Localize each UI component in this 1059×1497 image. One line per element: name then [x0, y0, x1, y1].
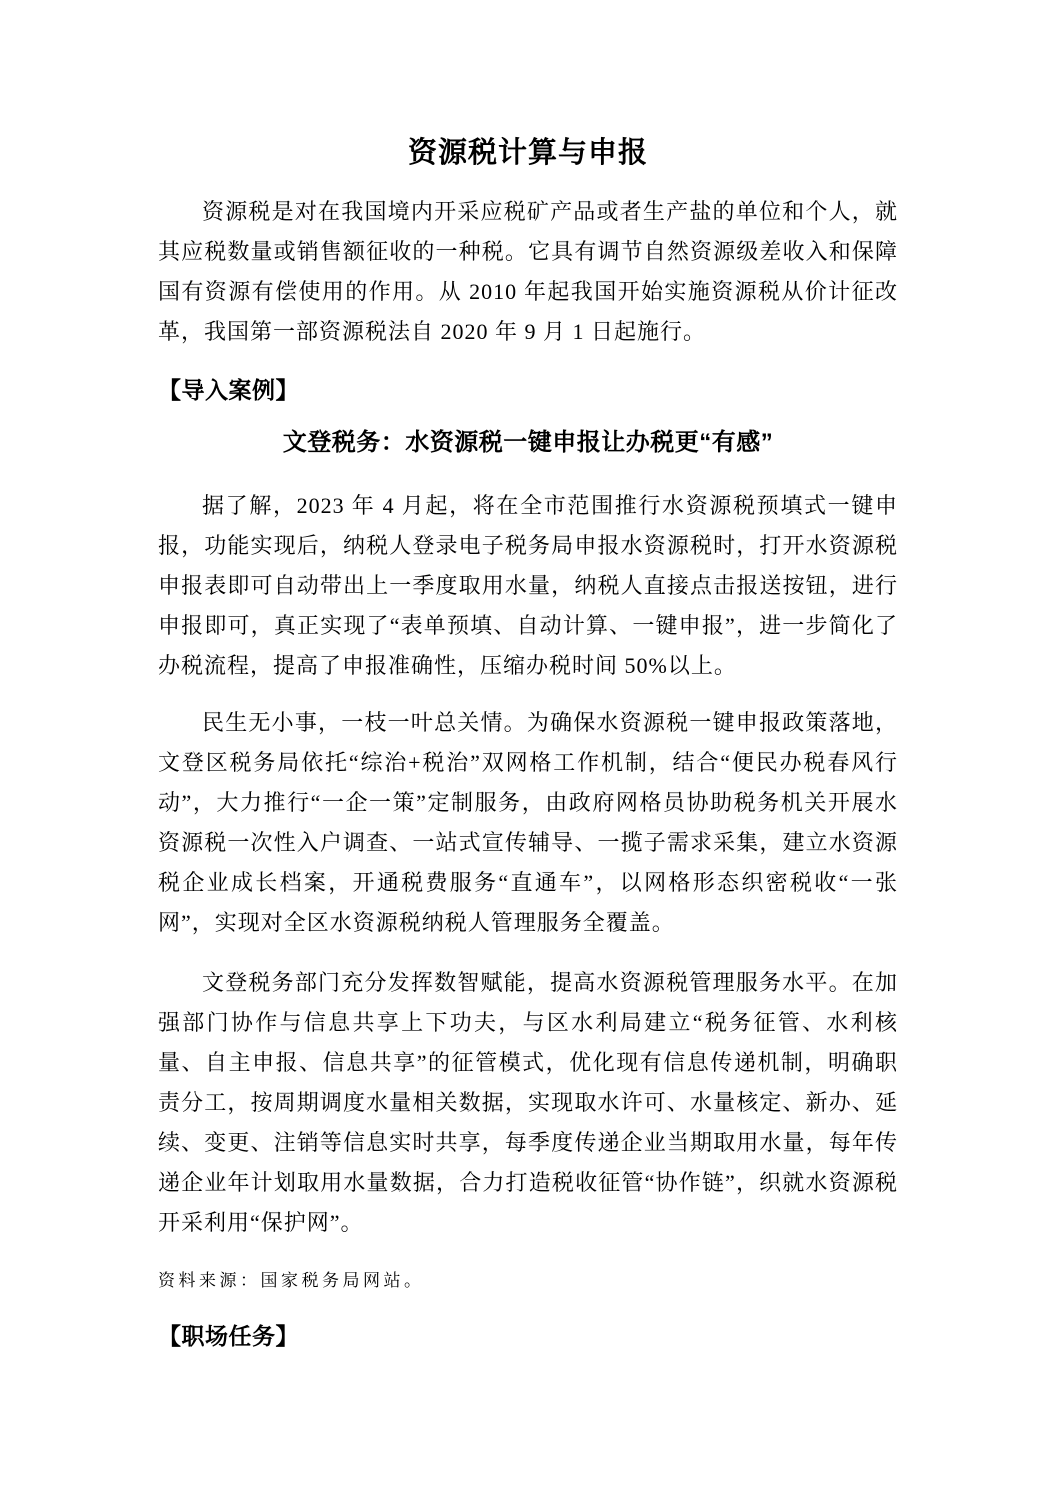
case-paragraph-1: 据了解，2023 年 4 月起，将在全市范围推行水资源税预填式一键申报，功能实现…	[158, 486, 898, 686]
case-article-title: 文登税务：水资源税一键申报让办税更“有感”	[158, 423, 898, 463]
document-page: 资源税计算与申报 资源税是对在我国境内开采应税矿产品或者生产盐的单位和个人，就其…	[0, 0, 1059, 1497]
source-note: 资料来源：国家税务局网站。	[158, 1269, 898, 1293]
case-paragraph-3: 文登税务部门充分发挥数智赋能，提高水资源税管理服务水平。在加强部门协作与信息共享…	[158, 963, 898, 1243]
page-title: 资源税计算与申报	[158, 132, 898, 174]
task-section-heading: 【职场任务】	[158, 1316, 898, 1356]
case-section-heading: 【导入案例】	[158, 370, 898, 410]
case-paragraph-2: 民生无小事，一枝一叶总关情。为确保水资源税一键申报政策落地，文登区税务局依托“综…	[158, 703, 898, 943]
intro-paragraph: 资源税是对在我国境内开采应税矿产品或者生产盐的单位和个人，就其应税数量或销售额征…	[158, 192, 898, 352]
